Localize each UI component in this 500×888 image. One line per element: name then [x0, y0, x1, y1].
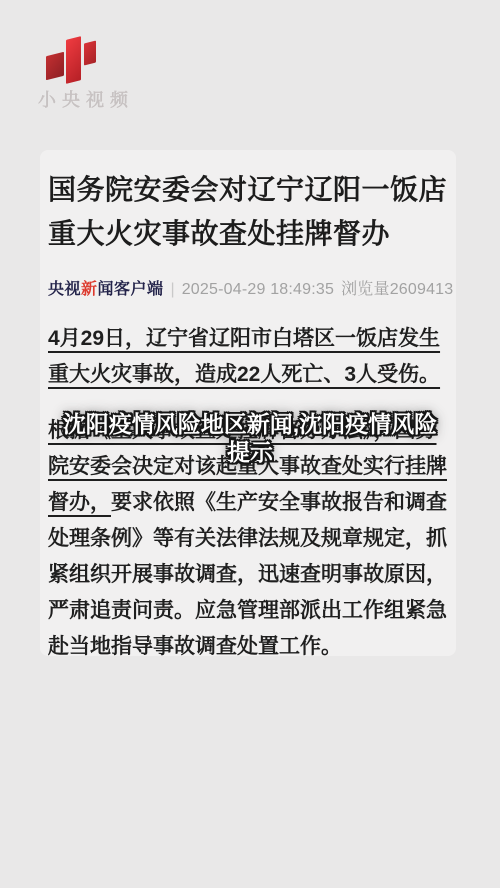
- view-count-value: 2609413: [390, 281, 454, 298]
- page-background: { "colors": { "page_bg": "#e9e8e8", "car…: [0, 0, 500, 888]
- logo-bar-right-icon: [84, 41, 96, 66]
- overlay-caption: 沈阳疫情风险地区新闻,沈阳疫情风险提示: [54, 410, 446, 466]
- xiaoyang-video-logo: 小央视频: [38, 30, 158, 110]
- paragraph-1-underlined-text: 4月29日，辽宁省辽阳市白塔区一饭店发生重大火灾事故，造成22人死亡、3人受伤。: [48, 327, 440, 386]
- paragraph-1: 4月29日，辽宁省辽阳市白塔区一饭店发生重大火灾事故，造成22人死亡、3人受伤。: [48, 321, 448, 393]
- meta-divider: |: [171, 281, 175, 299]
- view-count: 浏览量2609413: [341, 276, 453, 299]
- source-name-prefix: 央视: [48, 281, 81, 298]
- logo-bar-middle-icon: [66, 36, 81, 84]
- logo-bar-left-icon: [46, 52, 64, 80]
- brand-watermark-text: 小央视频: [38, 86, 158, 112]
- source-name-suffix: 闻客户端: [98, 281, 164, 298]
- source-name-highlight: 新: [81, 281, 98, 298]
- source-name: 央视新闻客户端: [48, 276, 164, 299]
- article-meta-row: 央视新闻客户端 | 2025-04-29 18:49:35 浏览量2609413: [48, 276, 448, 299]
- article-title: 国务院安委会对辽宁辽阳一饭店重大火灾事故查处挂牌督办: [48, 168, 448, 256]
- view-count-label: 浏览量: [341, 281, 390, 298]
- article-card: 国务院安委会对辽宁辽阳一饭店重大火灾事故查处挂牌督办 央视新闻客户端 | 202…: [40, 150, 456, 656]
- publish-datetime: 2025-04-29 18:49:35: [182, 281, 334, 299]
- paragraph-2-plain-text: 要求依照《生产安全事故报告和调查处理条例》等有关法律法规及规章规定，抓紧组织开展…: [48, 491, 447, 658]
